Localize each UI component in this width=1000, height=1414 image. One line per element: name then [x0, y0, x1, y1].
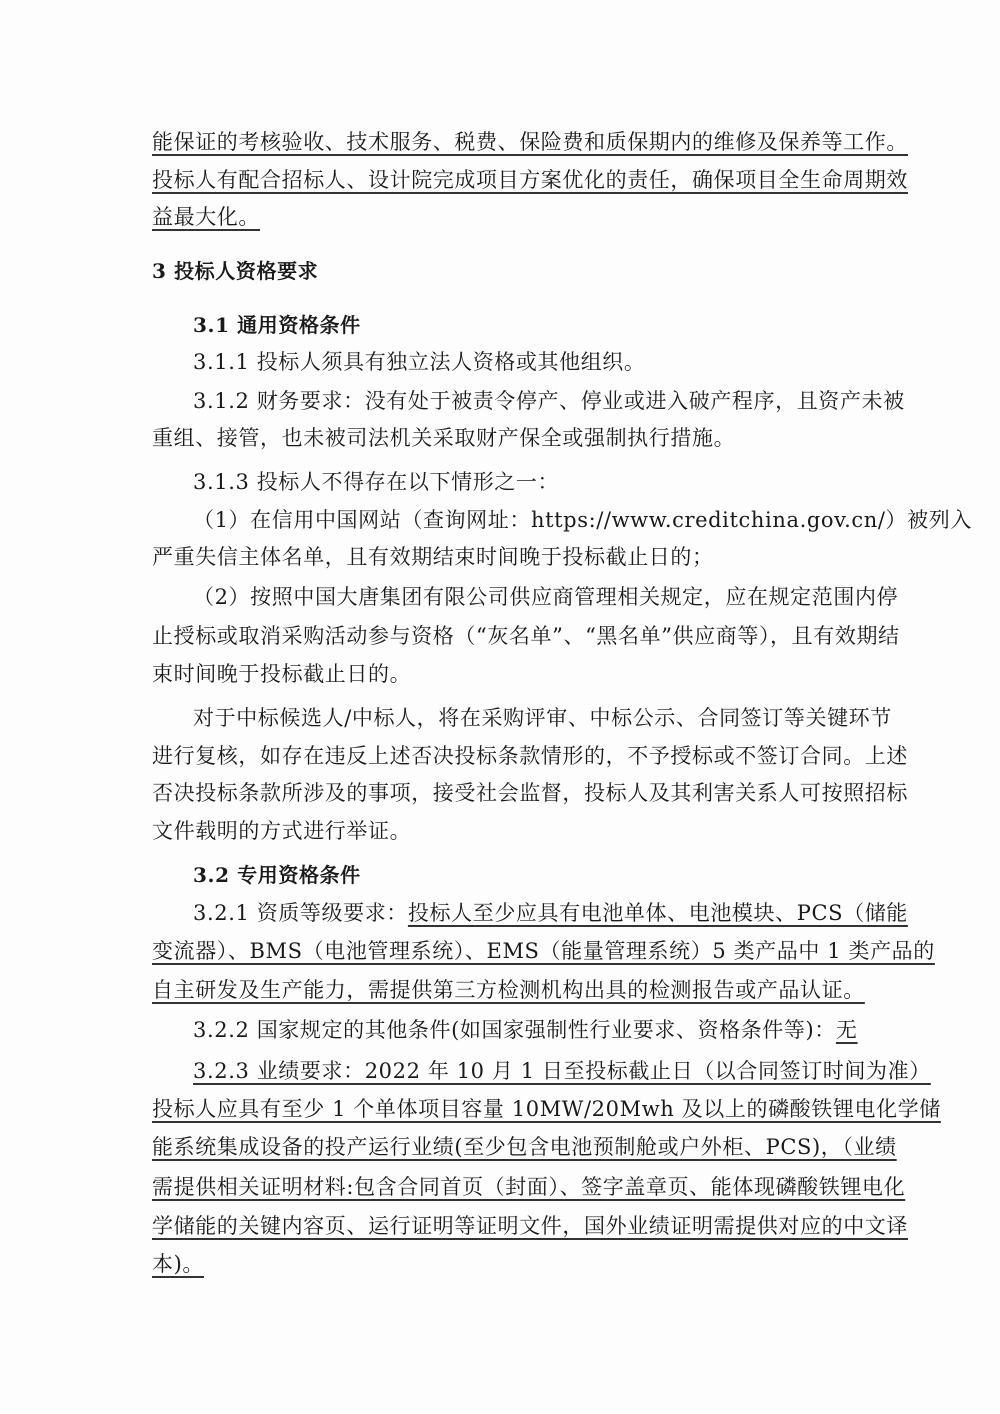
- item-3-2-3-line-5: 学储能的关键内容页、运行证明等证明文件，国外业绩证明需提供对应的中文译: [152, 1213, 908, 1239]
- case-1-line-1: （1）在信用中国网站（查询网址：https://www.creditchina.…: [193, 507, 972, 533]
- item-3-2-3-line-4: 需提供相关证明材料:包含合同首页（封面）、签字盖章页、能体现磷酸铁锂电化: [152, 1174, 905, 1200]
- note-line-3: 否决投标条款所涉及的事项，接受社会监督，投标人及其利害关系人可按照招标: [152, 780, 908, 806]
- item-3-2-1-label: 3.2.1 资质等级要求：: [193, 901, 408, 925]
- case-1-line-2: 严重失信主体名单，且有效期结束时间晚于投标截止日的；: [152, 544, 714, 570]
- item-3-1-2-line-1: 3.1.2 财务要求：没有处于被责令停产、停业或进入破产程序，且资产未被: [193, 388, 905, 414]
- case-2-line-3: 束时间晚于投标截止日的。: [152, 661, 411, 687]
- item-3-1-3-intro: 3.1.3 投标人不得存在以下情形之一：: [193, 469, 559, 495]
- item-3-2-2: 3.2.2 国家规定的其他条件(如国家强制性行业要求、资格条件等)：无: [193, 1017, 858, 1043]
- item-3-2-3-line-6: 本)。: [152, 1251, 204, 1277]
- item-3-2-1-text: 投标人至少应具有电池单体、电池模块、PCS（储能: [408, 901, 908, 925]
- intro-line-1: 能保证的考核验收、技术服务、税费、保险费和质保期内的维修及保养等工作。: [152, 129, 908, 155]
- note-line-2: 进行复核，如存在违反上述否决投标条款情形的，不予授标或不签订合同。上述: [152, 743, 908, 769]
- item-3-2-3-line-1: 3.2.3 业绩要求：2022 年 10 月 1 日至投标截止日（以合同签订时间…: [193, 1058, 931, 1084]
- item-3-1-2-line-2: 重组、接管，也未被司法机关采取财产保全或强制执行措施。: [152, 425, 735, 451]
- note-line-1: 对于中标候选人/中标人，将在采购评审、中标公示、合同签订等关键环节: [193, 705, 892, 731]
- item-3-1-1: 3.1.1 投标人须具有独立法人资格或其他组织。: [193, 349, 646, 375]
- section-3-1-heading: 3.1 通用资格条件: [193, 312, 361, 338]
- document-page: 能保证的考核验收、技术服务、税费、保险费和质保期内的维修及保养等工作。 投标人有…: [0, 0, 1000, 1414]
- item-3-2-1-line-2: 变流器）、BMS（电池管理系统）、EMS（能量管理系统）5 类产品中 1 类产品…: [152, 938, 935, 964]
- case-2-line-1: （2）按照中国大唐集团有限公司供应商管理相关规定，应在规定范围内停: [193, 584, 898, 610]
- item-3-2-1-line-3: 自主研发及生产能力，需提供第三方检测机构出具的检测报告或产品认证。: [152, 977, 865, 1003]
- intro-line-2: 投标人有配合招标人、设计院完成项目方案优化的责任，确保项目全生命周期效: [152, 167, 908, 193]
- item-3-2-1-line-1: 3.2.1 资质等级要求：投标人至少应具有电池单体、电池模块、PCS（储能: [193, 900, 908, 926]
- item-3-2-2-value: 无: [836, 1018, 858, 1042]
- case-2-line-2: 止授标或取消采购活动参与资格（“灰名单”、“黑名单”供应商等），且有效期结: [152, 623, 900, 649]
- item-3-2-2-label: 3.2.2 国家规定的其他条件(如国家强制性行业要求、资格条件等)：: [193, 1018, 836, 1042]
- note-line-4: 文件载明的方式进行举证。: [152, 818, 411, 844]
- item-3-2-3-line-2: 投标人应具有至少 1 个单体项目容量 10MW/20Mwh 及以上的磷酸铁锂电化…: [152, 1096, 941, 1122]
- item-3-2-3-line-3: 能系统集成设备的投产运行业绩(至少包含电池预制舱或户外柜、PCS)，（业绩: [152, 1134, 897, 1160]
- section-3-2-heading: 3.2 专用资格条件: [193, 862, 361, 888]
- intro-line-3: 益最大化。: [152, 204, 260, 230]
- section-3-heading: 3 投标人资格要求: [152, 258, 318, 284]
